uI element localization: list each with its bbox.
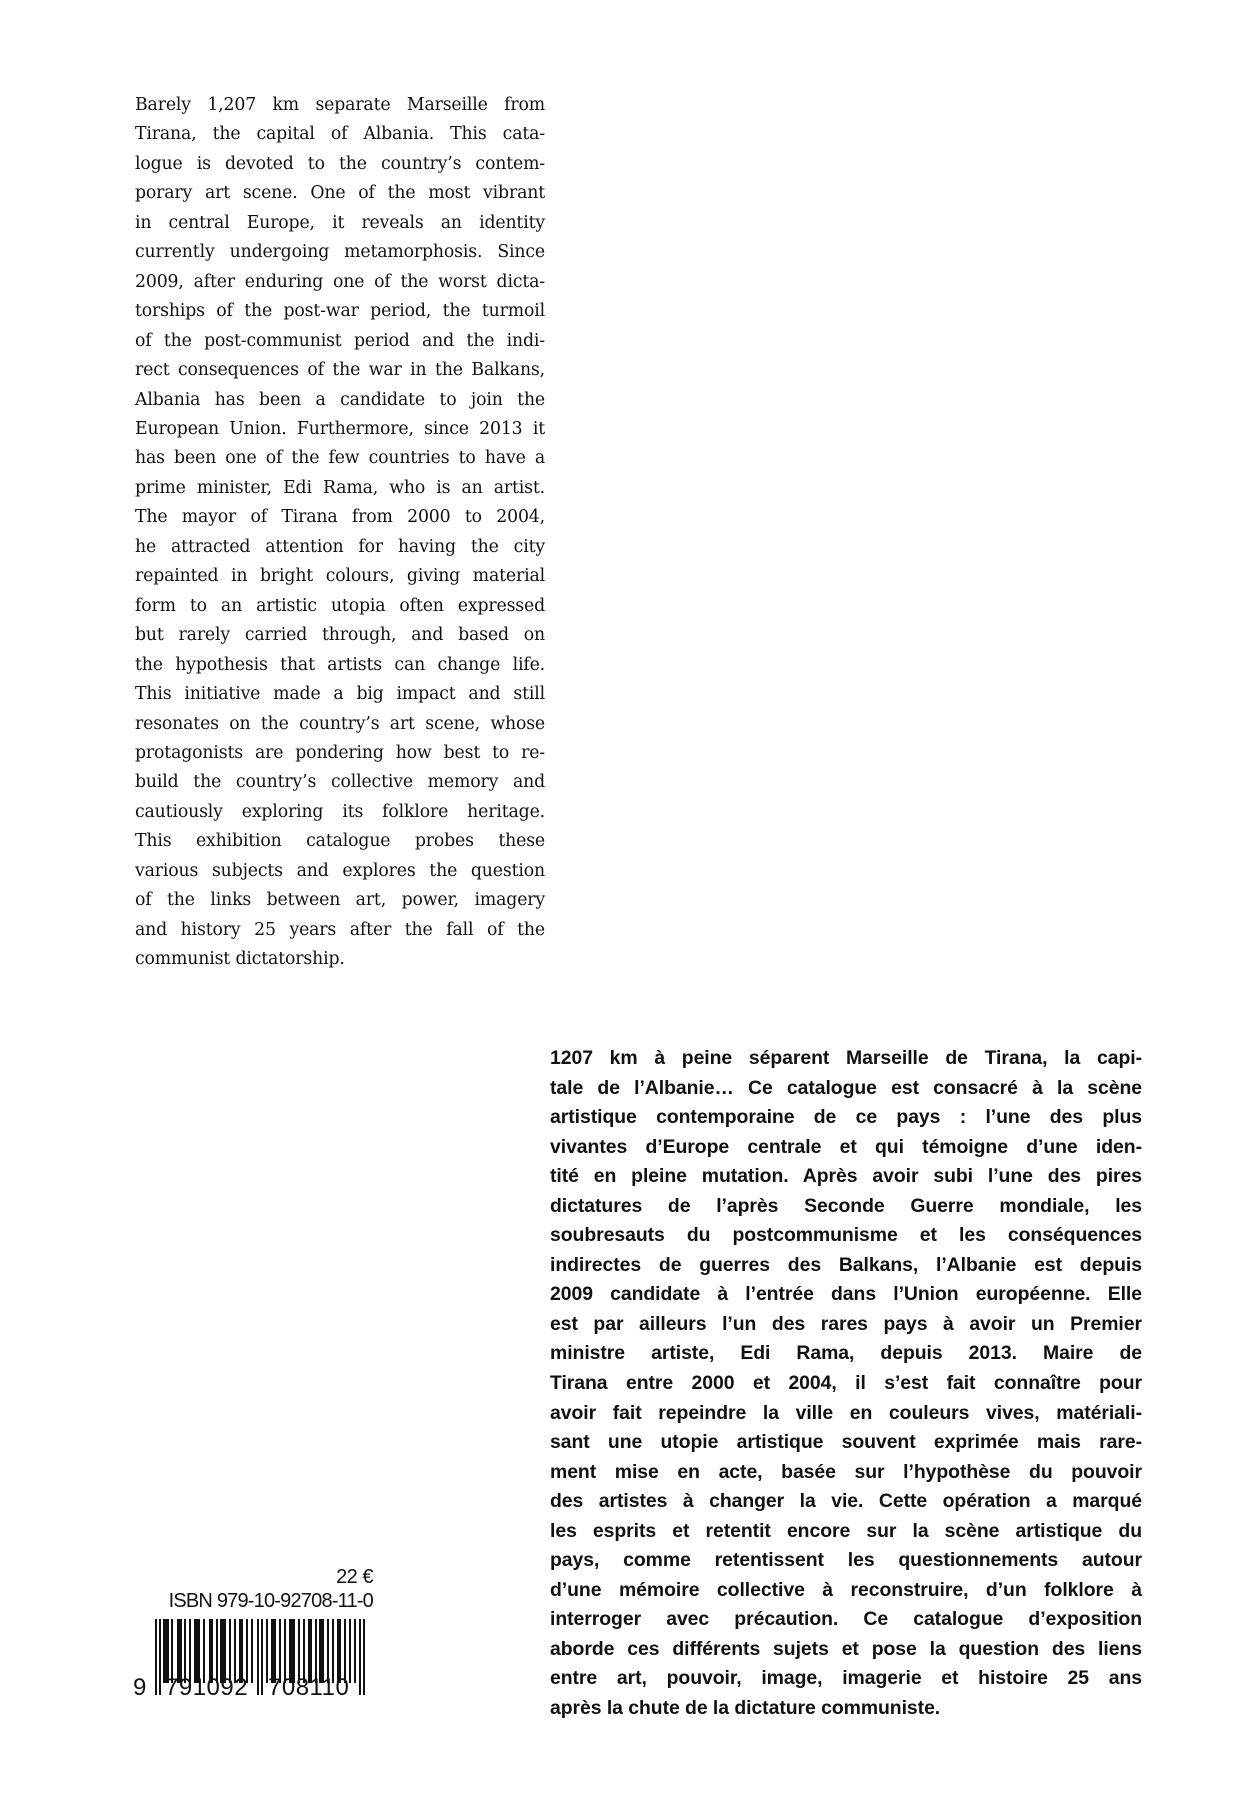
english-line: of the post-communist period and the ind… — [135, 327, 545, 356]
english-line: logue is devoted to the country’s contem… — [135, 150, 545, 179]
isbn-barcode-block: 22 € ISBN 979-10-92708-11-0 — [133, 1566, 373, 1706]
price-label: 22 € — [336, 1566, 373, 1588]
english-line: 2009, after enduring one of the worst di… — [135, 268, 545, 297]
french-line: aborde ces différents sujets et pose la … — [550, 1635, 1142, 1665]
english-line: build the country’s collective memory an… — [135, 768, 545, 797]
french-line: d’une mémoire collective à reconstruire,… — [550, 1576, 1142, 1606]
english-line: form to an artistic utopia often express… — [135, 592, 545, 621]
english-line: in central Europe, it reveals an identit… — [135, 209, 545, 238]
english-line: but rarely carried through, and based on — [135, 621, 545, 650]
barcode-digits-right: 708110 — [268, 1675, 349, 1701]
french-line: Tirana entre 2000 et 2004, il s’est fait… — [550, 1369, 1142, 1399]
french-line: interroger avec précaution. Ce catalogue… — [550, 1605, 1142, 1635]
english-line: Tirana, the capital of Albania. This cat… — [135, 120, 545, 149]
french-blurb: 1207 km à peine séparent Marseille de Ti… — [550, 1044, 1142, 1724]
english-line: European Union. Furthermore, since 2013 … — [135, 415, 545, 444]
french-line: après la chute de la dictature communist… — [550, 1694, 1142, 1724]
french-line: ment mise en acte, basée sur l’hypothèse… — [550, 1458, 1142, 1488]
english-line: of the links between art, power, imagery — [135, 886, 545, 915]
english-line: torships of the post-war period, the tur… — [135, 297, 545, 326]
french-line: des artistes à changer la vie. Cette opé… — [550, 1487, 1142, 1517]
french-line: sant une utopie artistique souvent expri… — [550, 1428, 1142, 1458]
english-line: the hypothesis that artists can change l… — [135, 651, 545, 680]
isbn-label: ISBN 979-10-92708-11-0 — [169, 1590, 373, 1612]
english-line: resonates on the country’s art scene, wh… — [135, 710, 545, 739]
english-line: This initiative made a big impact and st… — [135, 680, 545, 709]
english-line: currently undergoing metamorphosis. Sinc… — [135, 238, 545, 267]
french-line: indirectes de guerres des Balkans, l’Alb… — [550, 1251, 1142, 1281]
french-line: avoir fait repeindre la ville en couleur… — [550, 1399, 1142, 1429]
english-line: various subjects and explores the questi… — [135, 857, 545, 886]
french-line: soubresauts du postcommunisme et les con… — [550, 1221, 1142, 1251]
english-line: Albania has been a candidate to join the — [135, 386, 545, 415]
english-line: communist dictatorship. — [135, 945, 545, 974]
french-line: dictatures de l’après Seconde Guerre mon… — [550, 1192, 1142, 1222]
english-line: repainted in bright colours, giving mate… — [135, 562, 545, 591]
french-line: entre art, pouvoir, image, imagerie et h… — [550, 1664, 1142, 1694]
french-line: ministre artiste, Edi Rama, depuis 2013.… — [550, 1339, 1142, 1369]
french-line: est par ailleurs l’un des rares pays à a… — [550, 1310, 1142, 1340]
english-line: This exhibition catalogue probes these — [135, 827, 545, 856]
english-blurb: Barely 1,207 km separate Marseille from … — [135, 91, 545, 975]
english-line: porary art scene. One of the most vibran… — [135, 179, 545, 208]
french-line: 2009 candidate à l’entrée dans l’Union e… — [550, 1280, 1142, 1310]
english-line: cautiously exploring its folklore herita… — [135, 798, 545, 827]
english-line: prime minister, Edi Rama, who is an arti… — [135, 474, 545, 503]
english-line: Barely 1,207 km separate Marseille from — [135, 91, 545, 120]
english-line: rect consequences of the war in the Balk… — [135, 356, 545, 385]
french-line: 1207 km à peine séparent Marseille de Ti… — [550, 1044, 1142, 1074]
english-line: he attracted attention for having the ci… — [135, 533, 545, 562]
english-line: has been one of the few countries to hav… — [135, 444, 545, 473]
french-line: pays, comme retentissent les questionnem… — [550, 1546, 1142, 1576]
french-line: tale de l’Albanie… Ce catalogue est cons… — [550, 1074, 1142, 1104]
french-line: artistique contemporaine de ce pays : l’… — [550, 1103, 1142, 1133]
french-line: les esprits et retentit encore sur la sc… — [550, 1517, 1142, 1547]
english-line: and history 25 years after the fall of t… — [135, 916, 545, 945]
barcode-digits-left: 791092 — [165, 1675, 248, 1701]
french-line: vivantes d’Europe centrale et qui témoig… — [550, 1133, 1142, 1163]
english-line: protagonists are pondering how best to r… — [135, 739, 545, 768]
barcode-digit-first: 9 — [133, 1675, 146, 1701]
french-line: tité en pleine mutation. Après avoir sub… — [550, 1162, 1142, 1192]
english-line: The mayor of Tirana from 2000 to 2004, — [135, 503, 545, 532]
